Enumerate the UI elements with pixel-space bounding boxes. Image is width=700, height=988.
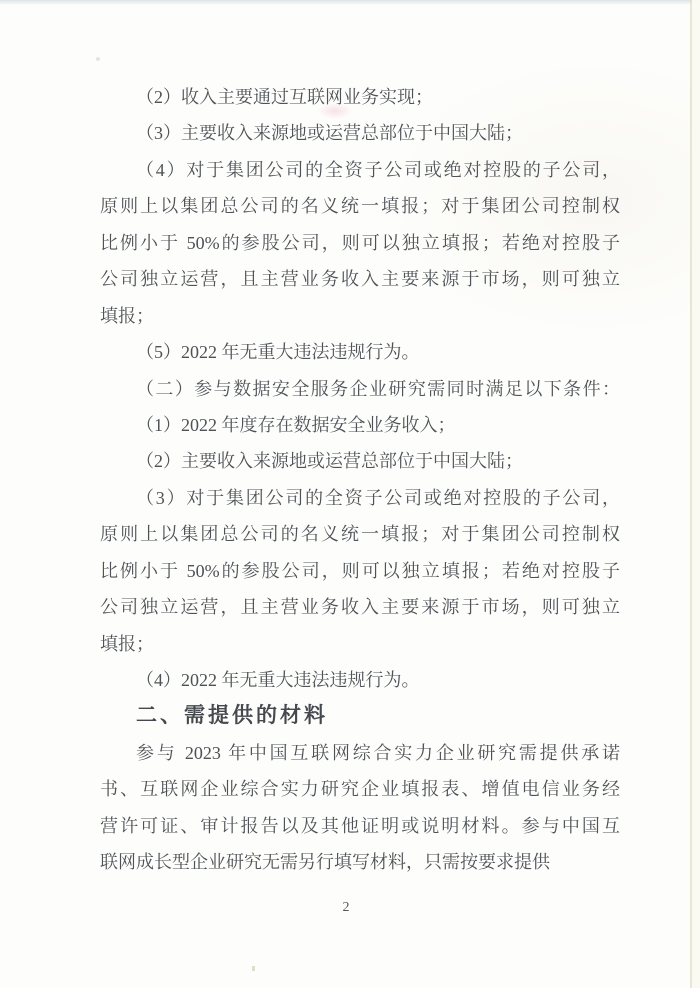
document-body: （2）收入主要通过互联网业务实现； （3）主要收入来源地或运营总部位于中国大陆；… [100,79,620,881]
text-line-ds-condition-3-end: 填报； [100,626,620,662]
text-line-ds-condition-3-start: （3）对于集团公司的全资子公司或绝对控股的子公司， [100,480,620,516]
scan-top-edge [0,0,700,5]
text-line-ds-condition-3-cont: 原则上以集团总公司的名义统一填报；对于集团公司控制权 [100,516,620,552]
text-line-ds-condition-4: （4）2022 年无重大违法违规行为。 [100,662,620,698]
text-line-condition-2: （2）收入主要通过互联网业务实现； [100,79,620,115]
scan-speck [252,966,255,971]
text-line-ds-condition-1: （1）2022 年度存在数据安全业务收入； [100,407,620,443]
page-number: 2 [0,900,692,916]
text-line-condition-4-cont: 原则上以集团总公司的名义统一填报；对于集团公司控制权 [100,188,620,224]
text-line-condition-4-cont: 比例小于 50%的参股公司，则可以独立填报；若绝对控股子 [100,225,620,261]
text-line-condition-4-start: （4）对于集团公司的全资子公司或绝对控股的子公司， [100,152,620,188]
text-line-materials-para-cont: 书、互联网企业综合实力研究企业填报表、增值电信业务经 [100,771,620,807]
text-line-condition-4-end: 填报； [100,298,620,334]
text-line-materials-para-start: 参与 2023 年中国互联网综合实力企业研究需提供承诺 [100,735,620,771]
page-right-edge-line [690,0,692,988]
text-line-condition-3: （3）主要收入来源地或运营总部位于中国大陆； [100,115,620,151]
text-line-condition-5: （5）2022 年无重大违法违规行为。 [100,334,620,370]
text-line-ds-condition-3-cont: 比例小于 50%的参股公司，则可以独立填报；若绝对控股子 [100,553,620,589]
text-line-ds-condition-2: （2）主要收入来源地或运营总部位于中国大陆； [100,443,620,479]
scan-speck [96,57,100,61]
page-right-margin [692,0,700,988]
text-line-condition-4-cont: 公司独立运营，且主营业务收入主要来源于市场，则可独立 [100,261,620,297]
document-page: （2）收入主要通过互联网业务实现； （3）主要收入来源地或运营总部位于中国大陆；… [0,0,700,988]
text-line-materials-para-cont: 联网成长型企业研究无需另行填写材料，只需按要求提供 [100,844,620,880]
text-line-ds-condition-3-cont: 公司独立运营，且主营业务收入主要来源于市场，则可独立 [100,589,620,625]
section-heading-materials: 二、需提供的材料 [100,698,620,734]
text-line-materials-para-cont: 营许可证、审计报告以及其他证明或说明材料。参与中国互 [100,808,620,844]
text-line-section-2-intro: （二）参与数据安全服务企业研究需同时满足以下条件： [100,371,620,407]
